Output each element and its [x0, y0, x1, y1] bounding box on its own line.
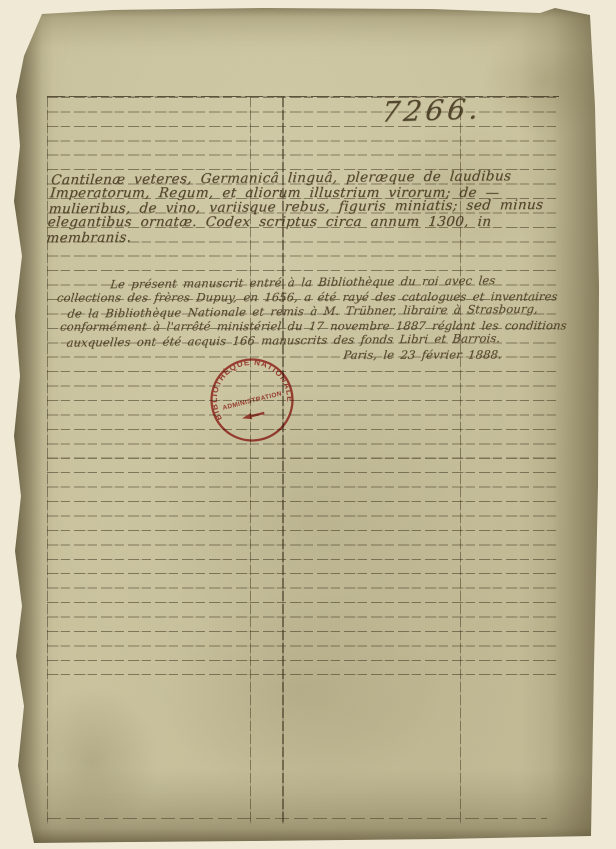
stamp-center-text: ADMINISTRATION: [222, 390, 283, 411]
shelfmark-number: 7266.: [380, 92, 484, 129]
right-edge-shading: [552, 6, 604, 844]
bottom-rule-line: [47, 818, 547, 819]
stamp-arrow-ornament: [241, 410, 265, 422]
left-margin-rule: [47, 97, 48, 824]
top-edge-shading: [12, 6, 604, 18]
bottom-edge-shading: [12, 828, 604, 844]
scanned-page-background: 7266. Cantilenæ veteres, Germanicâ lingu…: [0, 0, 616, 849]
torn-left-edge-shading: [12, 6, 42, 844]
french-date-line: Paris, le 23 février 1888.: [51, 347, 577, 363]
latin-description-note: Cantilenæ veteres, Germanicâ linguâ, ple…: [46, 170, 574, 245]
manuscript-paper: 7266. Cantilenæ veteres, Germanicâ lingu…: [12, 6, 604, 844]
french-provenance-note: Le présent manuscrit entré à la Biblioth…: [51, 273, 584, 364]
